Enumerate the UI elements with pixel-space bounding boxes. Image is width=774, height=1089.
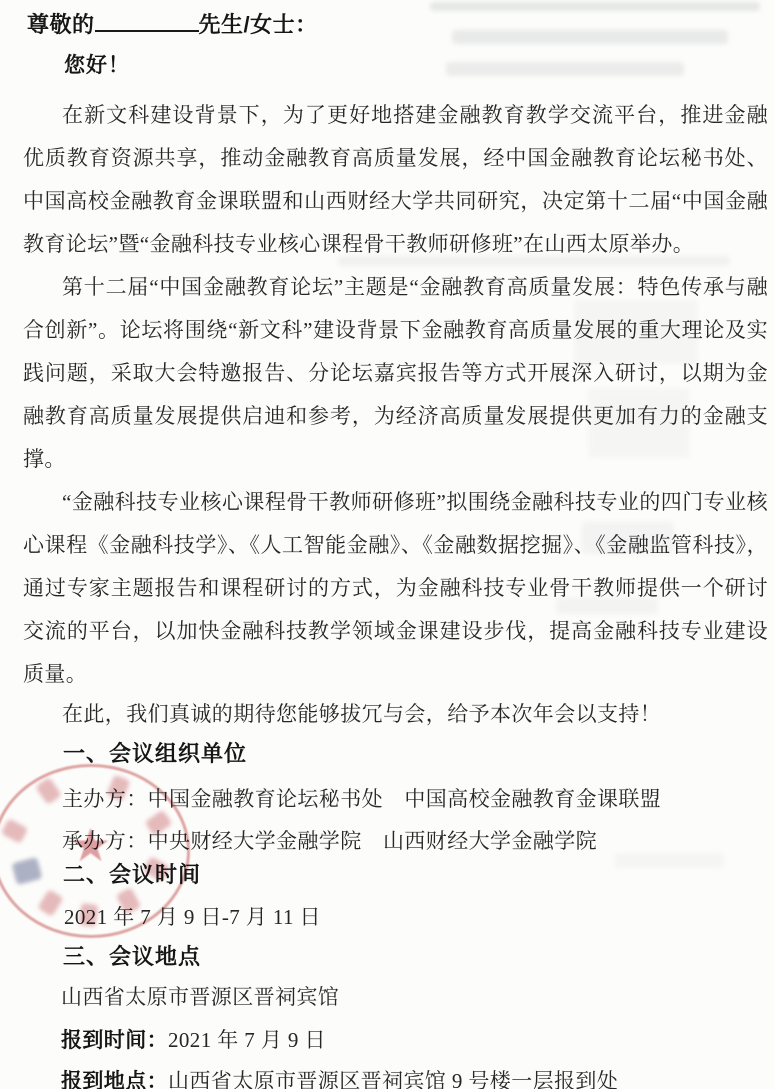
bleedthrough-smudge bbox=[446, 62, 684, 76]
recipient-name-blank bbox=[95, 10, 199, 32]
checkin-place-value: 山西省太原市晋源区晋祠宾馆 9 号楼一层报到处 bbox=[168, 1069, 618, 1089]
greeting-line: 您好！ bbox=[64, 52, 130, 80]
venue-address-line: 山西省太原市晋源区晋祠宾馆 bbox=[61, 982, 339, 1012]
paragraph-workshop: “金融科技专业核心课程骨干教师研修班”拟围绕金融科技专业的四门专业核心课程《金融… bbox=[23, 481, 768, 696]
host-line: 主办方：中国金融教育论坛秘书处 中国高校金融教育金课联盟 bbox=[62, 784, 661, 814]
section-heading-venue: 三、会议地点 bbox=[63, 943, 201, 971]
checkin-time-label: 报到时间： bbox=[61, 1029, 168, 1052]
section-heading-organizers: 一、会议组织单位 bbox=[63, 740, 247, 768]
seal-arc-mark bbox=[1, 818, 28, 843]
meeting-date-line: 2021 年 7 月 9 日-7 月 11 日 bbox=[64, 902, 321, 932]
seal-arc-mark bbox=[12, 857, 43, 885]
salutation-prefix: 尊敬的 bbox=[27, 12, 95, 37]
bleedthrough-smudge bbox=[430, 2, 760, 11]
checkin-place-label: 报到地点： bbox=[61, 1070, 168, 1089]
checkin-time-line: 报到时间：2021 年 7 月 9 日 bbox=[61, 1025, 326, 1056]
closing-line: 在此，我们真诚的期待您能够拔冗与会，给予本次年会以支持！ bbox=[62, 699, 661, 729]
paragraph-intro: 在新文科建设背景下，为了更好地搭建金融教育教学交流平台，推进金融优质教育资源共享… bbox=[23, 94, 768, 266]
bleedthrough-smudge bbox=[614, 853, 724, 868]
section-heading-time: 二、会议时间 bbox=[63, 861, 201, 889]
scanned-letter-page: 尊敬的先生/女士： 您好！ 在新文科建设背景下，为了更好地搭建金融教育教学交流平… bbox=[0, 0, 774, 1089]
seal-arc-mark bbox=[35, 777, 62, 805]
salutation-line: 尊敬的先生/女士： bbox=[27, 10, 318, 39]
checkin-time-value: 2021 年 7 月 9 日 bbox=[168, 1028, 326, 1052]
organizer-line: 承办方：中央财经大学金融学院 山西财经大学金融学院 bbox=[62, 826, 597, 856]
salutation-suffix: 先生/女士： bbox=[199, 12, 318, 37]
checkin-place-line: 报到地点：山西省太原市晋源区晋祠宾馆 9 号楼一层报到处 bbox=[61, 1066, 618, 1089]
bleedthrough-smudge bbox=[452, 30, 728, 44]
seal-arc-mark bbox=[37, 889, 63, 917]
paragraph-forum-theme: 第十二届“中国金融教育论坛”主题是“金融教育高质量发展：特色传承与融合创新”。论… bbox=[23, 266, 768, 481]
